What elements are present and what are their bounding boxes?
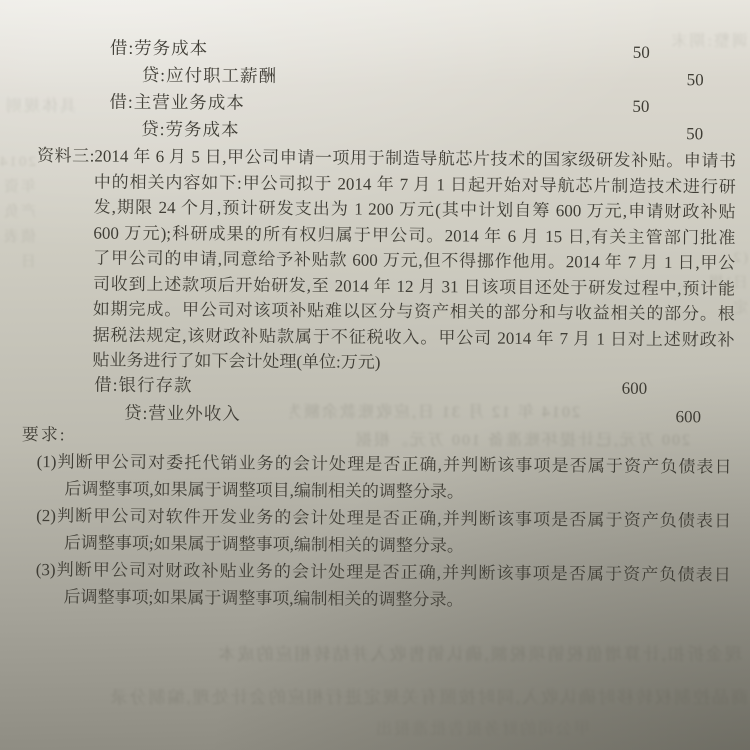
journal-account-label: 贷:应付职工薪酬 <box>142 62 278 90</box>
journal-account-label: 借:银行存款 <box>94 370 193 399</box>
journal-account-label: 借:劳务成本 <box>110 35 209 63</box>
journal-entry-subsidy: 借:银行存款 600 贷:营业外收入 600 <box>0 369 747 431</box>
requirements-list: (1)判断甲公司对委托代销业务的会计处理是否正确,并判断该事项是否属于资产负债表… <box>20 447 733 615</box>
requirement-item: (3)判断甲公司对财政补贴业务的会计处理是否正确,并判断该事项是否属于资产负债表… <box>20 555 732 615</box>
journal-amount: 600 <box>631 402 701 431</box>
journal-account-label: 贷:营业外收入 <box>124 398 241 427</box>
requirement-item: (2)判断甲公司对软件开发业务的会计处理是否正确,并判断该事项是否属于资产负债表… <box>21 501 733 561</box>
journal-amount: 600 <box>577 374 647 403</box>
page-content: 借:劳务成本 50 贷:应付职工薪酬 50 借:主营业务成本 50 贷:劳务成本… <box>0 0 750 615</box>
journal-amount: 50 <box>580 38 650 66</box>
requirement-continuation-line: 后调整事项;如果属于调整事项,编制相关的调整分录。 <box>63 583 732 615</box>
journal-entry-labor-cost: 借:劳务成本 50 贷:应付职工薪酬 50 借:主营业务成本 50 贷:劳务成本… <box>0 34 750 148</box>
bleed-through-text: 甲公司的财务报告批准报出 <box>150 716 590 739</box>
bleed-through-text: 商品控制权转移时确认收入,同时按照有关规定进行相应的会计处理,编制分录 <box>0 683 748 708</box>
journal-account-label: 借:主营业务成本 <box>109 89 245 117</box>
requirement-item: (1)判断甲公司对委托代销业务的会计处理是否正确,并判断该事项是否属于资产负债表… <box>21 447 733 507</box>
requirements-section: 要求: (1)判断甲公司对委托代销业务的会计处理是否正确,并判断该事项是否属于资… <box>20 420 733 615</box>
journal-amount: 50 <box>579 92 649 120</box>
journal-amount: 50 <box>634 66 704 94</box>
material-three-label: 资料三: <box>37 146 95 165</box>
bleed-through-text: 现金折扣,计算增值税销项税额,确认销售收入并结转相应的成本 <box>26 640 742 665</box>
material-three-body: 中的相关内容如下:甲公司拟于 2014 年 7 月 1 日起开始对导航芯片制造技… <box>36 169 736 353</box>
journal-account-label: 贷:劳务成本 <box>141 116 240 144</box>
journal-amount: 50 <box>633 120 703 148</box>
journal-line: 贷:营业外收入 600 <box>0 397 747 431</box>
material-three-text: 2014 年 6 月 5 日,甲公司申请一项用于制造导航芯片技术的国家级研发补贴… <box>94 147 736 171</box>
scanned-book-page: 调整:期末 具体规则 2014 年资产负债表日 (2 日)规定 2014 年 1… <box>0 0 750 750</box>
material-three-paragraph: 资料三:2014 年 6 月 5 日,甲公司申请一项用于制造导航芯片技术的国家级… <box>35 143 736 378</box>
